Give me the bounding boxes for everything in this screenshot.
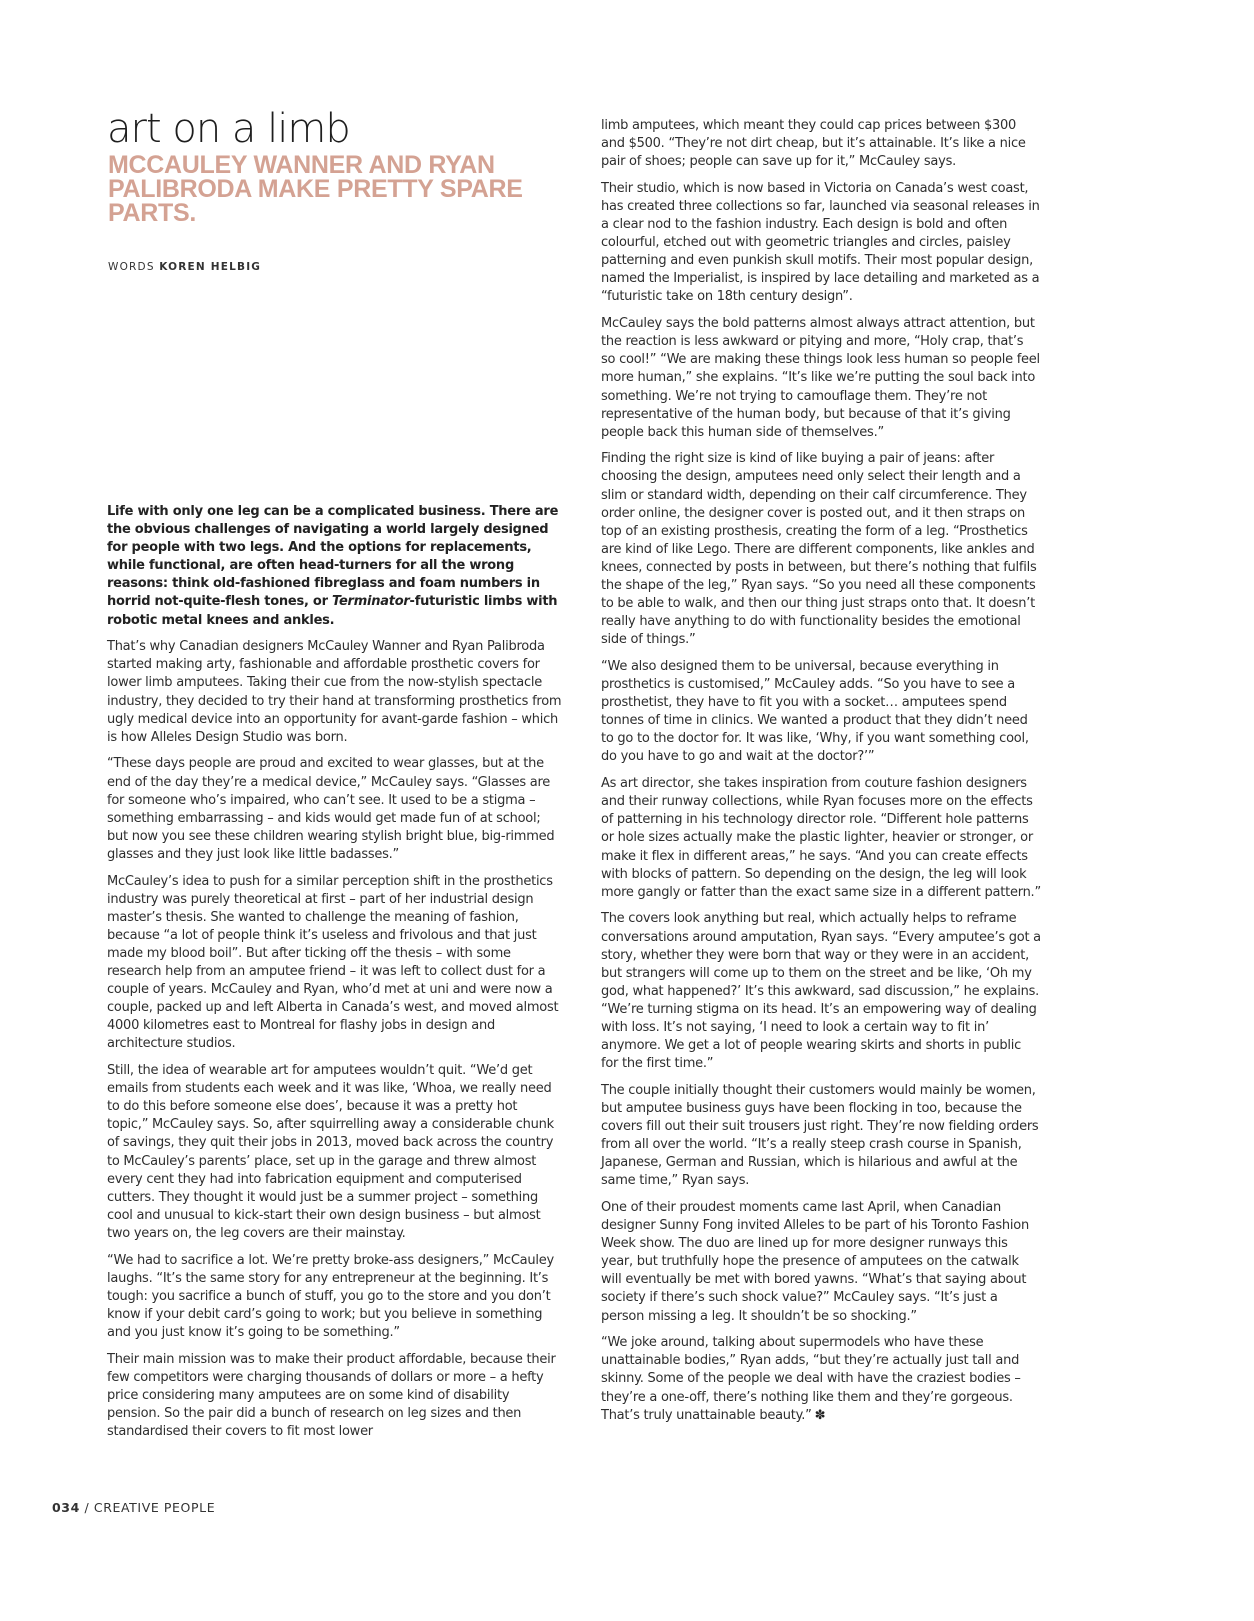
right-column: limb amputees, which meant they could ca… [601,117,1041,1433]
body-paragraph: Finding the right size is kind of like b… [601,450,1041,649]
body-paragraph: McCauley’s idea to push for a similar pe… [107,873,562,1054]
footer-separator: / [84,1500,89,1515]
article-subtitle: MCCAULEY WANNER AND RYAN PALIBRODA MAKE … [108,153,528,225]
body-paragraph: One of their proudest moments came last … [601,1199,1041,1326]
body-paragraph: McCauley says the bold patterns almost a… [601,315,1041,442]
page-footer: 034 / CREATIVE PEOPLE [52,1500,215,1515]
body-paragraph: The couple initially thought their custo… [601,1082,1041,1191]
article-title: art on a limb [107,106,350,152]
byline-label: WORDS [108,261,155,273]
magazine-page: art on a limb MCCAULEY WANNER AND RYAN P… [0,0,1254,1621]
intro-italic-title: Terminator [332,594,410,609]
closing-text: “We joke around, talking about supermode… [601,1335,1021,1422]
body-paragraph: Their studio, which is now based in Vict… [601,180,1041,307]
body-paragraph: “We had to sacrifice a lot. We’re pretty… [107,1252,562,1342]
body-paragraph: “These days people are proud and excited… [107,755,562,864]
asterisk-flower-icon: ✽ [815,1408,826,1423]
body-paragraph: Their main mission was to make their pro… [107,1351,562,1441]
left-column: Life with only one leg can be a complica… [107,503,562,1450]
intro-paragraph: Life with only one leg can be a complica… [107,503,562,630]
blank-image-area [107,290,562,490]
byline: WORDS KOREN HELBIG [108,261,261,273]
body-paragraph: That’s why Canadian designers McCauley W… [107,638,562,747]
page-number: 034 [52,1500,80,1515]
closing-paragraph: “We joke around, talking about supermode… [601,1334,1041,1424]
body-paragraph: As art director, she takes inspiration f… [601,775,1041,902]
section-name: CREATIVE PEOPLE [94,1500,215,1515]
body-paragraph: The covers look anything but real, which… [601,910,1041,1073]
body-paragraph: “We also designed them to be universal, … [601,658,1041,767]
body-paragraph: Still, the idea of wearable art for ampu… [107,1062,562,1243]
byline-author: KOREN HELBIG [159,261,261,273]
body-paragraph: limb amputees, which meant they could ca… [601,117,1041,171]
